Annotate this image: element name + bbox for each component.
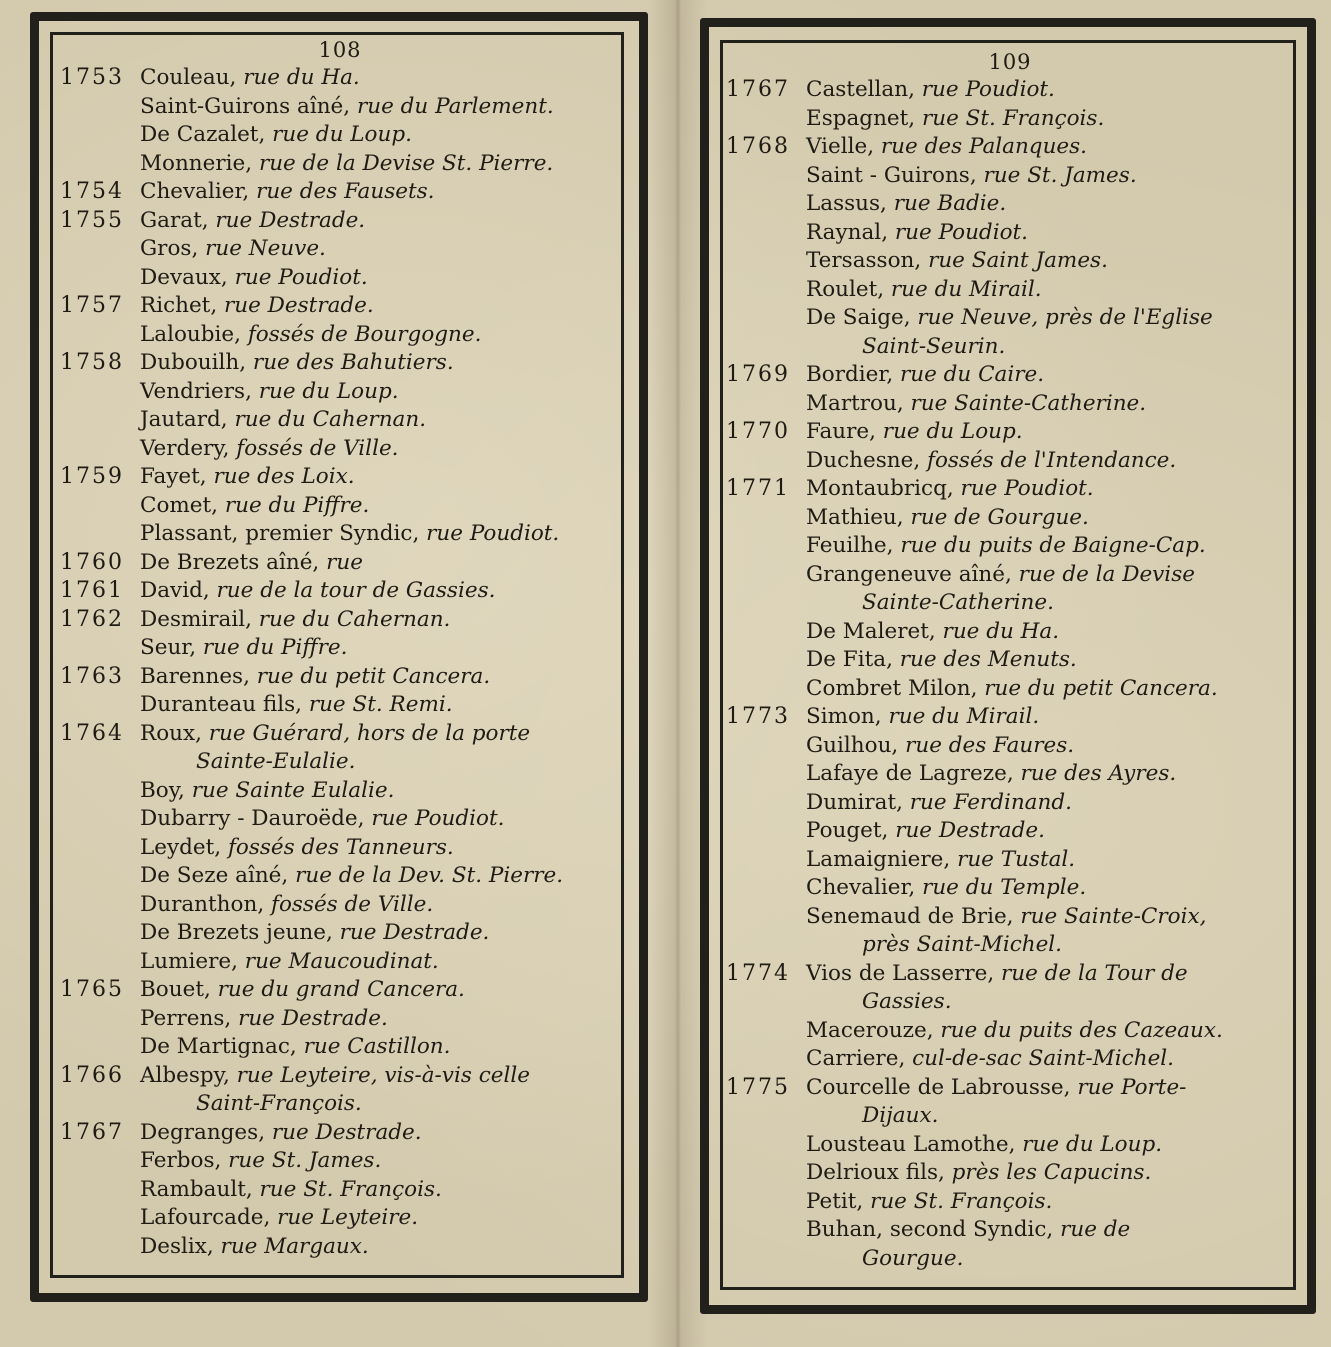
- entry-address: rue Poudiot.: [235, 265, 368, 290]
- entry-name: Barennes: [140, 664, 243, 689]
- entry-separator: ,: [246, 1177, 260, 1202]
- entry-year: [726, 874, 806, 903]
- entry-separator: ,: [914, 248, 928, 273]
- entry-year: [726, 447, 806, 476]
- entry-name: Richet: [140, 293, 210, 318]
- entry-year: [726, 304, 806, 333]
- entry-separator: ,: [242, 179, 256, 204]
- entry-address-continuation: Sainte-Catherine.: [806, 589, 1294, 618]
- list-item: De Martignac, rue Castillon.: [60, 1033, 620, 1062]
- entry-separator: ,: [908, 106, 922, 131]
- entry-separator: ,: [1007, 761, 1021, 786]
- entry-name: Roulet: [806, 277, 877, 302]
- entry-separator: ,: [896, 790, 910, 815]
- list-item: Guilhou, rue des Faures.: [726, 732, 1294, 761]
- entry-year: [726, 561, 806, 590]
- entry-year: [60, 1033, 140, 1062]
- entry-year: [60, 520, 140, 549]
- entry-year: [60, 321, 140, 350]
- entry-year: 1763: [60, 663, 140, 692]
- entry-name: Lamaigniere: [806, 847, 943, 872]
- entry-year: 1766: [60, 1062, 140, 1091]
- list-item: Roulet, rue du Mirail.: [726, 276, 1294, 305]
- list-item: De Fita, rue des Menuts.: [726, 646, 1294, 675]
- entry-name: Dumirat: [806, 790, 896, 815]
- entry-address: rue Neuve.: [205, 236, 326, 261]
- entry-name: Rambault: [140, 1177, 246, 1202]
- entry-name: Pouget: [806, 818, 882, 843]
- entry-list: 1753Couleau, rue du Ha.Saint-Guirons aîn…: [60, 64, 620, 1261]
- entry-address: rue du Piffre.: [225, 493, 370, 518]
- entry-year: [60, 691, 140, 720]
- entry-address-continuation: près Saint-Michel.: [806, 931, 1294, 960]
- entry-name: Comet: [140, 493, 211, 518]
- entry-year: [60, 150, 140, 179]
- entry-year: [726, 1045, 806, 1074]
- entry-year: 1769: [726, 361, 806, 390]
- entry-year: [60, 634, 140, 663]
- entry-year: [726, 105, 806, 134]
- entry-year: [60, 919, 140, 948]
- list-item: De Maleret, rue du Ha.: [726, 618, 1294, 647]
- entry-name: Delrioux fils: [806, 1160, 938, 1185]
- entry-year: [726, 390, 806, 419]
- entry-separator: ,: [1009, 1132, 1023, 1157]
- entry-year: 1761: [60, 577, 140, 606]
- entry-address: rue Saint James.: [928, 248, 1108, 273]
- entry-name: Laloubie: [140, 322, 234, 347]
- entry-address: rue Destrade.: [238, 1006, 388, 1031]
- list-item: Dubarry - Dauroëde, rue Poudiot.: [60, 805, 620, 834]
- entry-address: rue du puits des Cazeaux.: [940, 1018, 1222, 1043]
- entry-year: 1764: [60, 720, 140, 749]
- entry-separator: ,: [231, 949, 245, 974]
- entry-name: Tersasson: [806, 248, 914, 273]
- entry-name: Chevalier: [806, 875, 908, 900]
- entry-name: Perrens: [140, 1006, 224, 1031]
- list-item: Seur, rue du Piffre.: [60, 634, 620, 663]
- entry-name: Vielle: [806, 134, 867, 159]
- entry-name: Albespy: [140, 1063, 223, 1088]
- entry-address: rue Tustal.: [957, 847, 1075, 872]
- entry-name: Duranteau fils: [140, 692, 295, 717]
- entry-name: De Seze aîné: [140, 863, 281, 888]
- entry-name: Simon: [806, 704, 875, 729]
- entry-name: Senemaud de Brie: [806, 904, 1007, 929]
- entry-address: rue des Ayres.: [1020, 761, 1176, 786]
- entry-address: rue du Cahernan.: [234, 407, 426, 432]
- entry-address: rue Guérard, hors de la porte: [209, 721, 530, 746]
- entry-name: Couleau: [140, 65, 230, 90]
- entry-name: Lousteau Lamothe: [806, 1132, 1009, 1157]
- entry-separator: ,: [880, 191, 894, 216]
- entry-year: [60, 492, 140, 521]
- list-item: 1768Vielle, rue des Palanques.: [726, 133, 1294, 162]
- entry-separator: ,: [887, 533, 901, 558]
- entry-address: rue du grand Cancera.: [218, 977, 465, 1002]
- entry-separator: ,: [245, 151, 259, 176]
- entry-year: [726, 732, 806, 761]
- entry-name: Monnerie: [140, 151, 245, 176]
- list-item: Espagnet, rue St. François.: [726, 105, 1294, 134]
- list-item: Lousteau Lamothe, rue du Loup.: [726, 1131, 1294, 1160]
- entry-address: rue Sainte Eulalie.: [192, 778, 395, 803]
- entry-separator: ,: [927, 1018, 941, 1043]
- entry-name: Guilhou: [806, 733, 891, 758]
- entry-separator: ,: [856, 1189, 870, 1214]
- list-item: Laloubie, fossés de Bourgogne.: [60, 321, 620, 350]
- entry-separator: ,: [326, 920, 340, 945]
- entry-separator: ,: [223, 1063, 237, 1088]
- entry-separator: ,: [221, 407, 235, 432]
- entry-separator: ,: [257, 892, 271, 917]
- entry-name: Fayet: [140, 464, 200, 489]
- entry-address-continuation: Gassies.: [806, 988, 1294, 1017]
- entry-address: rue Destrade.: [272, 1120, 422, 1145]
- entry-address: rue du Cahernan.: [259, 607, 451, 632]
- entry-separator: ,: [877, 277, 891, 302]
- list-item: Deslix, rue Margaux.: [60, 1233, 620, 1262]
- entry-year: 1771: [726, 475, 806, 504]
- entry-year: [726, 618, 806, 647]
- entry-separator: ,: [204, 977, 218, 1002]
- entry-year: [60, 891, 140, 920]
- entry-address: rue Poudiot.: [426, 521, 559, 546]
- entry-address-continuation: Dijaux.: [806, 1102, 1294, 1131]
- entry-separator: ,: [947, 476, 961, 501]
- list-item: Verdery, fossés de Ville.: [60, 435, 620, 464]
- entry-address: rue de la tour de Gassies.: [217, 578, 496, 603]
- entry-separator: ,: [221, 265, 235, 290]
- entry-name: Devaux: [140, 265, 221, 290]
- entry-address-continuation: Saint-Seurin.: [806, 333, 1294, 362]
- entry-address-continuation: Sainte-Eulalie.: [140, 748, 620, 777]
- entry-address: rue St. James.: [228, 1148, 381, 1173]
- entry-separator: ,: [943, 847, 957, 872]
- list-item: 1769Bordier, rue du Caire.: [726, 361, 1294, 390]
- list-item: 1773Simon, rue du Mirail.: [726, 703, 1294, 732]
- entry-address: rue du Temple.: [922, 875, 1086, 900]
- list-item: Petit, rue St. François.: [726, 1188, 1294, 1217]
- entry-year: [726, 1131, 806, 1160]
- left-page: 108 1753Couleau, rue du Ha.Saint-Guirons…: [30, 12, 648, 1312]
- entry-address: rue des Menuts.: [900, 647, 1077, 672]
- list-item: Grangeneuve aîné, rue de la DeviseSainte…: [726, 561, 1294, 618]
- entry-separator: ,: [245, 607, 259, 632]
- left-page-content: 108 1753Couleau, rue du Ha.Saint-Guirons…: [60, 38, 620, 1261]
- entry-address: rue St. François.: [922, 106, 1104, 131]
- list-item: Martrou, rue Sainte-Catherine.: [726, 390, 1294, 419]
- entry-separator: ,: [281, 863, 295, 888]
- entry-year: 1759: [60, 463, 140, 492]
- entry-year: 1770: [726, 418, 806, 447]
- entry-separator: ,: [210, 293, 224, 318]
- entry-address: rue St. James.: [984, 163, 1137, 188]
- entry-year: [726, 162, 806, 191]
- entry-address: rue Sainte-Croix,: [1020, 904, 1206, 929]
- entry-year: [60, 805, 140, 834]
- entry-address: rue du Piffre.: [203, 635, 348, 660]
- entry-separator: ,: [913, 448, 927, 473]
- entry-name: Degranges: [140, 1120, 258, 1145]
- entry-year: [60, 862, 140, 891]
- entry-name: Courcelle de Labrousse: [806, 1075, 1064, 1100]
- entry-separator: ,: [202, 208, 216, 233]
- list-item: 1753Couleau, rue du Ha.: [60, 64, 620, 93]
- entry-address: rue Neuve, près de l'Eglise: [917, 305, 1212, 330]
- entry-separator: ,: [882, 818, 896, 843]
- entry-separator: ,: [412, 521, 426, 546]
- list-item: 1770Faure, rue du Loup.: [726, 418, 1294, 447]
- list-item: Jautard, rue du Cahernan.: [60, 406, 620, 435]
- entry-address: rue des Faures.: [905, 733, 1074, 758]
- entry-name: Lafaye de Lagreze: [806, 761, 1007, 786]
- entry-name: Raynal: [806, 220, 881, 245]
- entry-name: De Maleret: [806, 619, 929, 644]
- list-item: Duranteau fils, rue St. Remi.: [60, 691, 620, 720]
- entry-separator: ,: [898, 1046, 912, 1071]
- list-item: Senemaud de Brie, rue Sainte-Croix,près …: [726, 903, 1294, 960]
- list-item: 1757Richet, rue Destrade.: [60, 292, 620, 321]
- list-item: Duchesne, fossés de l'Intendance.: [726, 447, 1294, 476]
- entry-address: rue Leyteire.: [277, 1205, 418, 1230]
- entry-name: Boy: [140, 778, 178, 803]
- entry-address: rue Destrade.: [215, 208, 365, 233]
- book-spread: 108 1753Couleau, rue du Ha.Saint-Guirons…: [0, 0, 1331, 1347]
- entry-address: rue Margaux.: [221, 1234, 369, 1259]
- list-item: 1774Vios de Lasserre, rue de la Tour deG…: [726, 960, 1294, 1017]
- list-item: Gros, rue Neuve.: [60, 235, 620, 264]
- entry-address: rue du Mirail.: [888, 704, 1039, 729]
- entry-year: [60, 1005, 140, 1034]
- entry-separator: ,: [224, 1006, 238, 1031]
- entry-name: De Saige: [806, 305, 904, 330]
- entry-address: rue de la Dev. St. Pierre.: [295, 863, 563, 888]
- entry-address: rue: [326, 550, 363, 575]
- entry-name: Macerouze: [806, 1018, 927, 1043]
- entry-separator: ,: [200, 464, 214, 489]
- entry-year: [60, 1176, 140, 1205]
- entry-address: rue Destrade.: [340, 920, 490, 945]
- entry-address: rue Badie.: [894, 191, 1007, 216]
- list-item: Lassus, rue Badie.: [726, 190, 1294, 219]
- entry-name: Saint - Guirons: [806, 163, 970, 188]
- entry-year: 1767: [60, 1119, 140, 1148]
- list-item: 1767Degranges, rue Destrade.: [60, 1119, 620, 1148]
- entry-name: De Cazalet: [140, 122, 258, 147]
- entry-name: Mathieu: [806, 505, 897, 530]
- list-item: Mathieu, rue de Gourgue.: [726, 504, 1294, 533]
- entry-separator: ,: [987, 961, 1001, 986]
- entry-address: rue St. Remi.: [309, 692, 453, 717]
- entry-year: 1765: [60, 976, 140, 1005]
- entry-separator: ,: [195, 721, 209, 746]
- list-item: Comet, rue du Piffre.: [60, 492, 620, 521]
- entry-separator: ,: [234, 322, 248, 347]
- list-item: Tersasson, rue Saint James.: [726, 247, 1294, 276]
- entry-separator: ,: [203, 578, 217, 603]
- list-item: Saint - Guirons, rue St. James.: [726, 162, 1294, 191]
- list-item: 1771Montaubricq, rue Poudiot.: [726, 475, 1294, 504]
- entry-name: David: [140, 578, 203, 603]
- entry-name: Saint-Guirons aîné: [140, 94, 343, 119]
- entry-separator: ,: [207, 1234, 221, 1259]
- list-item: Macerouze, rue du puits des Cazeaux.: [726, 1017, 1294, 1046]
- list-item: 1775Courcelle de Labrousse, rue Porte-Di…: [726, 1074, 1294, 1131]
- right-page-content: 109 1767Castellan, rue Poudiot.Espagnet,…: [726, 50, 1294, 1273]
- entry-name: Gros: [140, 236, 191, 261]
- entry-separator: ,: [881, 220, 895, 245]
- entry-name: Espagnet: [806, 106, 908, 131]
- entry-separator: ,: [891, 733, 905, 758]
- entry-year: [726, 247, 806, 276]
- entry-name: Buhan, second Syndic: [806, 1217, 1046, 1242]
- entry-address: rue de la Devise St. Pierre.: [259, 151, 553, 176]
- list-item: 1766Albespy, rue Leyteire, vis-à-vis cel…: [60, 1062, 620, 1119]
- entry-year: [60, 1147, 140, 1176]
- entry-separator: ,: [1046, 1217, 1060, 1242]
- list-item: 1755Garat, rue Destrade.: [60, 207, 620, 236]
- entry-address: rue du Ha.: [943, 619, 1060, 644]
- entry-address: rue du Loup.: [883, 419, 1023, 444]
- entry-separator: ,: [938, 1160, 952, 1185]
- entry-address: rue St. François.: [260, 1177, 442, 1202]
- entry-year: [726, 646, 806, 675]
- entry-separator: ,: [223, 436, 237, 461]
- list-item: Carriere, cul-de-sac Saint-Michel.: [726, 1045, 1294, 1074]
- entry-address: rue Poudiot.: [922, 77, 1055, 102]
- page-number: 109: [726, 50, 1294, 74]
- entry-name: Grangeneuve aîné: [806, 562, 1005, 587]
- entry-separator: ,: [178, 778, 192, 803]
- list-item: Saint-Guirons aîné, rue du Parlement.: [60, 93, 620, 122]
- entry-address-continuation: Gourgue.: [806, 1245, 1294, 1274]
- entry-year: 1753: [60, 64, 140, 93]
- entry-separator: ,: [1007, 904, 1021, 929]
- entry-separator: ,: [343, 94, 357, 119]
- entry-year: [60, 93, 140, 122]
- entry-separator: ,: [211, 493, 225, 518]
- entry-address: fossés de l'Intendance.: [927, 448, 1176, 473]
- entry-year: 1774: [726, 960, 806, 989]
- entry-separator: ,: [189, 635, 203, 660]
- entry-name: Garat: [140, 208, 202, 233]
- entry-address: rue du Caire.: [900, 362, 1044, 387]
- entry-separator: ,: [258, 1120, 272, 1145]
- entry-list: 1767Castellan, rue Poudiot.Espagnet, rue…: [726, 76, 1294, 1273]
- entry-separator: ,: [970, 163, 984, 188]
- entry-address: rue Poudiot.: [371, 806, 504, 831]
- list-item: Monnerie, rue de la Devise St. Pierre.: [60, 150, 620, 179]
- entry-year: [60, 1233, 140, 1262]
- entry-name: Jautard: [140, 407, 221, 432]
- list-item: Delrioux fils, près les Capucins.: [726, 1159, 1294, 1188]
- entry-separator: ,: [312, 550, 326, 575]
- entry-name: Faure: [806, 419, 869, 444]
- list-item: 1762Desmirail, rue du Cahernan.: [60, 606, 620, 635]
- entry-name: Lafourcade: [140, 1205, 263, 1230]
- entry-separator: ,: [258, 122, 272, 147]
- entry-address: rue de: [1060, 1217, 1130, 1242]
- entry-year: 1755: [60, 207, 140, 236]
- entry-year: [726, 903, 806, 932]
- entry-year: 1758: [60, 349, 140, 378]
- entry-separator: ,: [191, 236, 205, 261]
- entry-year: [726, 219, 806, 248]
- entry-name: Bouet: [140, 977, 204, 1002]
- list-item: 1759Fayet, rue des Loix.: [60, 463, 620, 492]
- entry-separator: ,: [869, 419, 883, 444]
- list-item: 1761David, rue de la tour de Gassies.: [60, 577, 620, 606]
- entry-separator: ,: [230, 65, 244, 90]
- entry-year: [726, 760, 806, 789]
- entry-address: fossés de Bourgogne.: [248, 322, 482, 347]
- entry-separator: ,: [214, 835, 228, 860]
- list-item: Plassant, premier Syndic, rue Poudiot.: [60, 520, 620, 549]
- list-item: De Brezets jeune, rue Destrade.: [60, 919, 620, 948]
- entry-name: Verdery: [140, 436, 223, 461]
- entry-year: [60, 121, 140, 150]
- entry-name: Deslix: [140, 1234, 207, 1259]
- entry-year: [60, 834, 140, 863]
- entry-address: rue du Loup.: [272, 122, 412, 147]
- page-number: 108: [60, 38, 620, 62]
- entry-year: 1757: [60, 292, 140, 321]
- entry-year: [726, 504, 806, 533]
- entry-name: Seur: [140, 635, 189, 660]
- entry-separator: ,: [263, 1205, 277, 1230]
- entry-year: [726, 1017, 806, 1046]
- entry-year: [726, 675, 806, 704]
- list-item: Buhan, second Syndic, rue deGourgue.: [726, 1216, 1294, 1273]
- entry-separator: ,: [904, 305, 918, 330]
- entry-year: [60, 235, 140, 264]
- entry-address: fossés des Tanneurs.: [228, 835, 454, 860]
- entry-address: rue du puits de Baigne-Cap.: [900, 533, 1205, 558]
- entry-separator: ,: [908, 875, 922, 900]
- entry-name: Leydet: [140, 835, 214, 860]
- list-item: 1763Barennes, rue du petit Cancera.: [60, 663, 620, 692]
- entry-year: [60, 435, 140, 464]
- list-item: Dumirat, rue Ferdinand.: [726, 789, 1294, 818]
- entry-address: rue Poudiot.: [961, 476, 1094, 501]
- entry-address: rue du Ha.: [243, 65, 360, 90]
- list-item: Vendriers, rue du Loup.: [60, 378, 620, 407]
- entry-address: rue du Loup.: [1022, 1132, 1162, 1157]
- entry-separator: ,: [295, 692, 309, 717]
- entry-separator: ,: [971, 676, 985, 701]
- list-item: De Saige, rue Neuve, près de l'EgliseSai…: [726, 304, 1294, 361]
- entry-name: Desmirail: [140, 607, 245, 632]
- entry-address: rue du petit Cancera.: [984, 676, 1217, 701]
- entry-year: 1768: [726, 133, 806, 162]
- entry-address: rue de Gourgue.: [910, 505, 1088, 530]
- entry-address: rue Ferdinand.: [910, 790, 1072, 815]
- list-item: Lumiere, rue Maucoudinat.: [60, 948, 620, 977]
- list-item: 1760De Brezets aîné, rue: [60, 549, 620, 578]
- list-item: Devaux, rue Poudiot.: [60, 264, 620, 293]
- entry-address: rue Maucoudinat.: [245, 949, 439, 974]
- entry-year: [726, 276, 806, 305]
- entry-year: [60, 777, 140, 806]
- entry-address: rue de la Devise: [1019, 562, 1195, 587]
- entry-name: Duchesne: [806, 448, 913, 473]
- list-item: Duranthon, fossés de Ville.: [60, 891, 620, 920]
- entry-name: Petit: [806, 1189, 856, 1214]
- list-item: Raynal, rue Poudiot.: [726, 219, 1294, 248]
- list-item: Combret Milon, rue du petit Cancera.: [726, 675, 1294, 704]
- entry-separator: ,: [214, 1148, 228, 1173]
